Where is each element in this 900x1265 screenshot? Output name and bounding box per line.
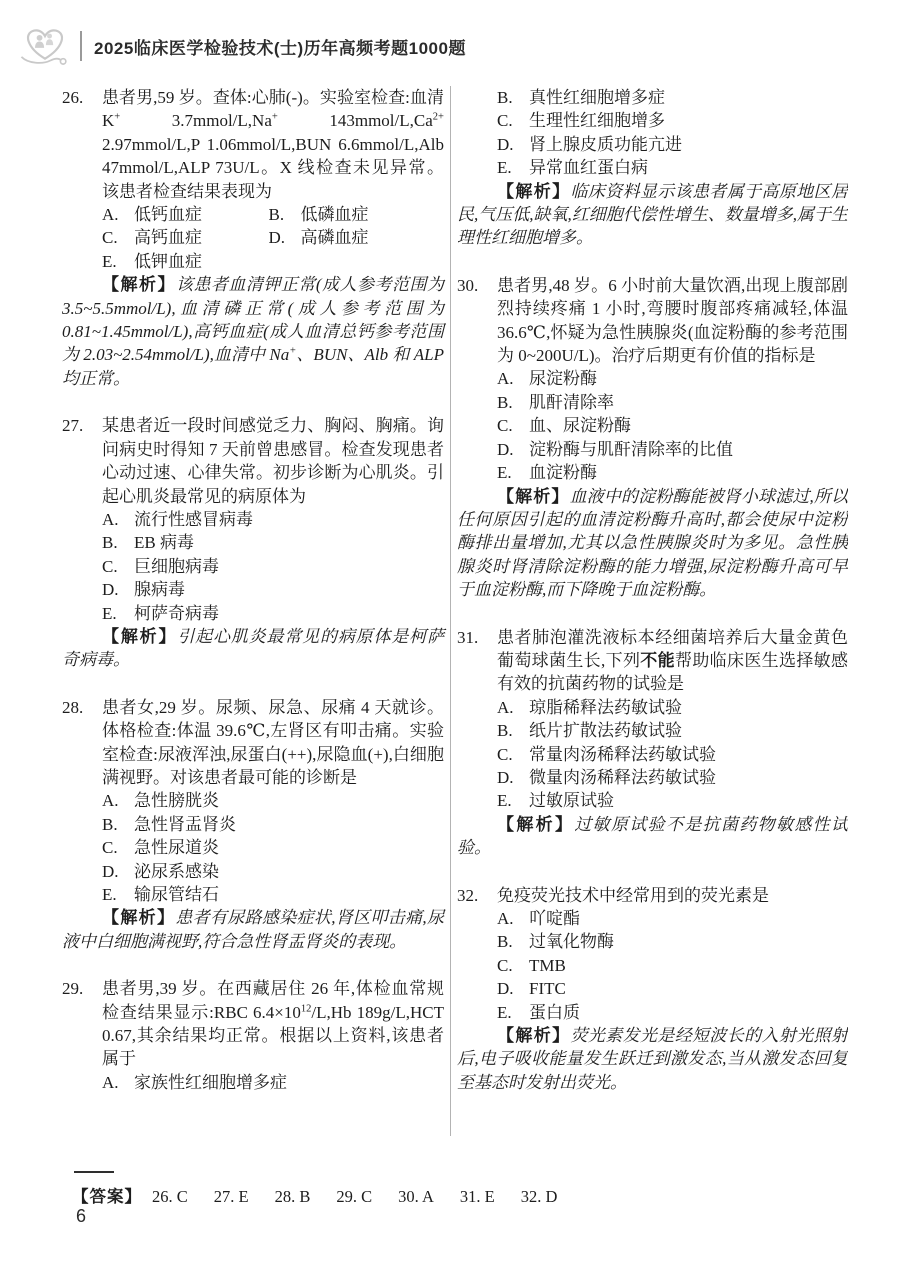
header-divider-bar [80,31,82,61]
option-text: 巨细胞病毒 [134,555,444,578]
book-title: 2025临床医学检验技术(士)历年高频考题1000题 [94,34,466,59]
option-text: 输尿管结石 [134,883,444,906]
question-block: 27.某患者近一段时间感觉乏力、胸闷、胸痛。询问病史时得知 7 天前曾患感冒。检… [62,414,444,625]
option-text: 尿淀粉酶 [529,367,848,390]
option-label: E. [102,250,134,273]
answers-line: 【答案】26. C27. E28. B29. C30. A31. E32. D [72,1183,557,1207]
option: A.低钙血症 [102,203,265,226]
two-column-content: 26.患者男,59 岁。查体:心肺(-)。实验室检查:血清 K+ 3.7mmol… [62,86,848,1148]
option-label: B. [497,719,529,742]
option-text: 真性红细胞增多症 [529,86,848,109]
analysis-paragraph: 【解析】引起心肌炎最常见的病原体是柯萨奇病毒。 [62,625,444,672]
option-label: D. [102,860,134,883]
analysis-label: 【解析】 [102,908,175,927]
analysis-paragraph: 【解析】血液中的淀粉酶能被肾小球滤过,所以任何原因引起的血清淀粉酶升高时,都会使… [457,485,848,602]
option-text: 低钾血症 [134,250,265,273]
question-body: 患者肺泡灌洗液标本经细菌培养后大量金黄色葡萄球菌生长,下列不能帮助临床医生选择敏… [497,626,848,813]
question-body: 患者女,29 岁。尿频、尿急、尿痛 4 天就诊。体格检查:体温 39.6℃,左肾… [102,696,444,907]
option-label: A. [102,1071,134,1094]
option-text: FITC [529,977,848,1000]
option-text: 淀粉酶与肌酐清除率的比值 [529,438,848,461]
option-text: TMB [529,954,848,977]
option-text: 高磷血症 [301,226,445,249]
question-block: 28.患者女,29 岁。尿频、尿急、尿痛 4 天就诊。体格检查:体温 39.6℃… [62,696,444,907]
question-stem: 患者男,48 岁。6 小时前大量饮酒,出现上腹部剧烈持续疼痛 1 小时,弯腰时腹… [497,274,848,368]
answer-item: 29. C [336,1187,372,1206]
analysis-paragraph: 【解析】过敏原试验不是抗菌药物敏感性试验。 [457,813,848,860]
option: D.微量肉汤稀释法药敏试验 [497,766,848,789]
option-text: 腺病毒 [134,578,444,601]
question-stem: 免疫荧光技术中经常用到的荧光素是 [497,884,848,907]
option-label: C. [497,954,529,977]
option-label: D. [497,766,529,789]
option-text: 家族性红细胞增多症 [134,1071,444,1094]
analysis-label: 【解析】 [102,627,177,646]
option: B.真性红细胞增多症 [497,86,848,109]
option-text: 肾上腺皮质功能亢进 [529,133,848,156]
question-number: 30. [457,274,497,485]
question-number [457,86,497,180]
question-body: 患者男,39 岁。在西藏居住 26 年,体检血常规检查结果显示:RBC 6.4×… [102,977,444,1094]
analysis-label: 【解析】 [497,182,570,201]
option: D.肾上腺皮质功能亢进 [497,133,848,156]
option-label: A. [497,907,529,930]
option-label: D. [497,133,529,156]
options-list: A.琼脂稀释法药敏试验B.纸片扩散法药敏试验C.常量肉汤稀释法药敏试验D.微量肉… [497,696,848,813]
answer-item: 30. A [398,1187,434,1206]
option-text: 纸片扩散法药敏试验 [529,719,848,742]
right-column: B.真性红细胞增多症C.生理性红细胞增多D.肾上腺皮质功能亢进E.异常血红蛋白病… [457,86,848,1148]
option: B.急性肾盂肾炎 [102,813,444,836]
column-divider-line [450,86,451,1136]
question-number: 26. [62,86,102,273]
answer-item: 27. E [214,1187,249,1206]
question-number: 32. [457,884,497,1024]
left-column: 26.患者男,59 岁。查体:心肺(-)。实验室检查:血清 K+ 3.7mmol… [62,86,444,1148]
question-body: 患者男,48 岁。6 小时前大量饮酒,出现上腹部剧烈持续疼痛 1 小时,弯腰时腹… [497,274,848,485]
option: A.琼脂稀释法药敏试验 [497,696,848,719]
option: E.低钾血症 [102,250,265,273]
options-list: A.急性膀胱炎B.急性肾盂肾炎C.急性尿道炎D.泌尿系感染E.输尿管结石 [102,789,444,906]
option: B.低磷血症 [269,203,445,226]
option-label: C. [497,414,529,437]
question-number: 27. [62,414,102,625]
option-label: D. [102,578,134,601]
option: D.FITC [497,977,848,1000]
book-page: 2025临床医学检验技术(士)历年高频考题1000题 26.患者男,59 岁。查… [0,0,900,1265]
question-body: 某患者近一段时间感觉乏力、胸闷、胸痛。询问病史时得知 7 天前曾患感冒。检查发现… [102,414,444,625]
option-label: B. [102,531,134,554]
option-label: A. [497,696,529,719]
question-stem: 患者男,59 岁。查体:心肺(-)。实验室检查:血清 K+ 3.7mmol/L,… [102,86,444,203]
analysis-paragraph: 【解析】荧光素发光是经短波长的入射光照射后,电子吸收能量发生跃迁到激发态,当从激… [457,1024,848,1094]
option: A.尿淀粉酶 [497,367,848,390]
option-label: A. [497,367,529,390]
option-label: D. [497,977,529,1000]
option: B.EB 病毒 [102,531,444,554]
option-label: B. [102,813,134,836]
option: E.输尿管结石 [102,883,444,906]
question-stem: 某患者近一段时间感觉乏力、胸闷、胸痛。询问病史时得知 7 天前曾患感冒。检查发现… [102,414,444,508]
options-list: A.尿淀粉酶B.肌酐清除率C.血、尿淀粉酶D.淀粉酶与肌酐清除率的比值E.血淀粉… [497,367,848,484]
option-text: 肌酐清除率 [529,391,848,414]
option-label: B. [497,86,529,109]
question-block: 26.患者男,59 岁。查体:心肺(-)。实验室检查:血清 K+ 3.7mmol… [62,86,444,273]
option-text: 高钙血症 [134,226,265,249]
question-number: 29. [62,977,102,1094]
question-number: 28. [62,696,102,907]
answer-item: 26. C [152,1187,188,1206]
question-block: 32.免疫荧光技术中经常用到的荧光素是A.吖啶酯B.过氧化物酶C.TMBD.FI… [457,884,848,1024]
option-label: A. [102,203,134,226]
question-body: 免疫荧光技术中经常用到的荧光素是A.吖啶酯B.过氧化物酶C.TMBD.FITCE… [497,884,848,1024]
option-text: 生理性红细胞增多 [529,109,848,132]
question-body: 患者男,59 岁。查体:心肺(-)。实验室检查:血清 K+ 3.7mmol/L,… [102,86,444,273]
option-label: E. [102,602,134,625]
options-list: A.低钙血症B.低磷血症C.高钙血症D.高磷血症E.低钾血症 [102,203,444,273]
option-label: A. [102,508,134,531]
option-text: 过氧化物酶 [529,930,848,953]
option-label: B. [497,391,529,414]
analysis-label: 【解析】 [497,1026,570,1045]
option: A.流行性感冒病毒 [102,508,444,531]
option: B.纸片扩散法药敏试验 [497,719,848,742]
option-text: 蛋白质 [529,1001,848,1024]
option-label: E. [102,883,134,906]
option-text: 低钙血症 [134,203,265,226]
option-label: C. [497,743,529,766]
option-text: 过敏原试验 [529,789,848,812]
option-label: E. [497,461,529,484]
option: C.高钙血症 [102,226,265,249]
option: A.急性膀胱炎 [102,789,444,812]
analysis-paragraph: 【解析】患者有尿路感染症状,肾区叩击痛,尿液中白细胞满视野,符合急性肾盂肾炎的表… [62,906,444,953]
medical-heart-stethoscope-icon [16,24,74,68]
analysis-paragraph: 【解析】该患者血清钾正常(成人参考范围为 3.5~5.5mmol/L),血清磷正… [62,273,444,390]
answer-item: 28. B [275,1187,311,1206]
option-text: EB 病毒 [134,531,444,554]
option-text: 异常血红蛋白病 [529,156,848,179]
option: D.腺病毒 [102,578,444,601]
question-stem: 患者男,39 岁。在西藏居住 26 年,体检血常规检查结果显示:RBC 6.4×… [102,977,444,1071]
question-number: 31. [457,626,497,813]
option-text: 急性尿道炎 [134,836,444,859]
option-label: C. [102,836,134,859]
option-label: E. [497,1001,529,1024]
option: D.泌尿系感染 [102,860,444,883]
option-text: 流行性感冒病毒 [134,508,444,531]
analysis-label: 【解析】 [102,275,176,294]
option-label: C. [102,555,134,578]
option-label: A. [102,789,134,812]
option-text: 吖啶酯 [529,907,848,930]
option-label: B. [497,930,529,953]
option-text: 急性膀胱炎 [134,789,444,812]
option: A.家族性红细胞增多症 [102,1071,444,1094]
analysis-paragraph: 【解析】临床资料显示该患者属于高原地区居民,气压低,缺氧,红细胞代偿性增生、数量… [457,180,848,250]
option-text: 血淀粉酶 [529,461,848,484]
options-list: B.真性红细胞增多症C.生理性红细胞增多D.肾上腺皮质功能亢进E.异常血红蛋白病 [497,86,848,180]
option-label: E. [497,156,529,179]
option: C.急性尿道炎 [102,836,444,859]
option-text: 柯萨奇病毒 [134,602,444,625]
answers-items: 26. C27. E28. B29. C30. A31. E32. D [142,1187,557,1206]
question-stem: 患者肺泡灌洗液标本经细菌培养后大量金黄色葡萄球菌生长,下列不能帮助临床医生选择敏… [497,626,848,696]
question-block: 30.患者男,48 岁。6 小时前大量饮酒,出现上腹部剧烈持续疼痛 1 小时,弯… [457,274,848,485]
question-block: 31.患者肺泡灌洗液标本经细菌培养后大量金黄色葡萄球菌生长,下列不能帮助临床医生… [457,626,848,813]
option-label: C. [102,226,134,249]
option: E.蛋白质 [497,1001,848,1024]
answers-label: 【答案】 [72,1188,142,1206]
option-text: 微量肉汤稀释法药敏试验 [529,766,848,789]
option: E.柯萨奇病毒 [102,602,444,625]
footer-rule [74,1171,114,1173]
option: C.TMB [497,954,848,977]
option-label: C. [497,109,529,132]
option: E.过敏原试验 [497,789,848,812]
option-label: D. [269,226,301,249]
analysis-label: 【解析】 [497,815,574,834]
option: C.生理性红细胞增多 [497,109,848,132]
question-stem: 患者女,29 岁。尿频、尿急、尿痛 4 天就诊。体格检查:体温 39.6℃,左肾… [102,696,444,790]
option: B.肌酐清除率 [497,391,848,414]
analysis-label: 【解析】 [497,487,570,506]
answer-item: 32. D [521,1187,558,1206]
question-body: B.真性红细胞增多症C.生理性红细胞增多D.肾上腺皮质功能亢进E.异常血红蛋白病 [497,86,848,180]
answer-item: 31. E [460,1187,495,1206]
option-text: 琼脂稀释法药敏试验 [529,696,848,719]
question-block: 29.患者男,39 岁。在西藏居住 26 年,体检血常规检查结果显示:RBC 6… [62,977,444,1094]
option-text: 低磷血症 [301,203,445,226]
page-number: 6 [76,1206,86,1227]
options-list: A.家族性红细胞增多症 [102,1071,444,1094]
option-label: D. [497,438,529,461]
option-label: E. [497,789,529,812]
options-list: A.流行性感冒病毒B.EB 病毒C.巨细胞病毒D.腺病毒E.柯萨奇病毒 [102,508,444,625]
option: D.淀粉酶与肌酐清除率的比值 [497,438,848,461]
options-list: A.吖啶酯B.过氧化物酶C.TMBD.FITCE.蛋白质 [497,907,848,1024]
option: D.高磷血症 [269,226,445,249]
option: E.异常血红蛋白病 [497,156,848,179]
option: E.血淀粉酶 [497,461,848,484]
option: A.吖啶酯 [497,907,848,930]
option-label: B. [269,203,301,226]
option: C.巨细胞病毒 [102,555,444,578]
options-continuation-block: B.真性红细胞增多症C.生理性红细胞增多D.肾上腺皮质功能亢进E.异常血红蛋白病 [457,86,848,180]
option: B.过氧化物酶 [497,930,848,953]
option-text: 常量肉汤稀释法药敏试验 [529,743,848,766]
option: C.常量肉汤稀释法药敏试验 [497,743,848,766]
option-text: 急性肾盂肾炎 [134,813,444,836]
option-text: 血、尿淀粉酶 [529,414,848,437]
option: C.血、尿淀粉酶 [497,414,848,437]
page-header: 2025临床医学检验技术(士)历年高频考题1000题 [16,24,466,68]
option-text: 泌尿系感染 [134,860,444,883]
